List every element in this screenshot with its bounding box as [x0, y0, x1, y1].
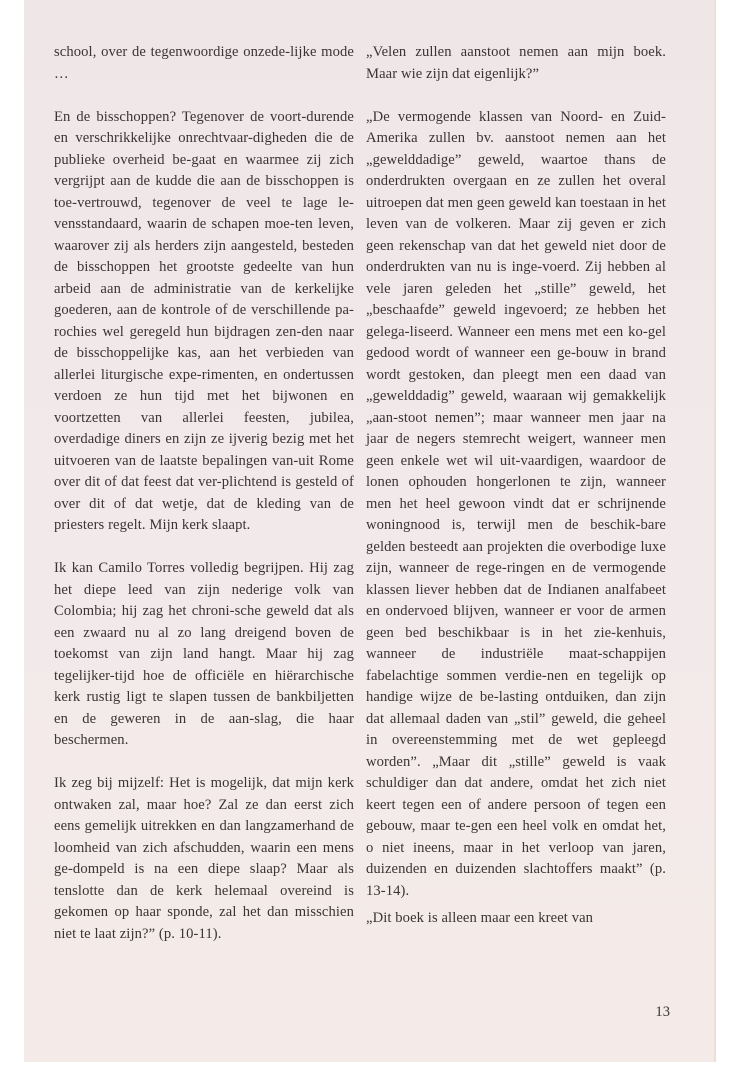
- paragraph: En de bisschoppen? Tegenover de voort-du…: [54, 107, 354, 537]
- paragraph: Ik zeg bij mijzelf: Het is mogelijk, dat…: [54, 773, 354, 945]
- book-page: school, over de tegenwoordige onzede-lij…: [24, 0, 716, 1062]
- paragraph: Ik kan Camilo Torres volledig begrijpen.…: [54, 558, 354, 752]
- left-column: school, over de tegenwoordige onzede-lij…: [54, 42, 354, 967]
- page-number: 13: [366, 1004, 670, 1021]
- right-column: „Velen zullen aanstoot nemen aan mijn bo…: [366, 42, 666, 951]
- paragraph: „Dit boek is alleen maar een kreet van: [366, 908, 666, 930]
- paragraph: „Velen zullen aanstoot nemen aan mijn bo…: [366, 42, 666, 85]
- paragraph: „De vermogende klassen van Noord- en Zui…: [366, 107, 666, 903]
- paragraph: school, over de tegenwoordige onzede-lij…: [54, 42, 354, 85]
